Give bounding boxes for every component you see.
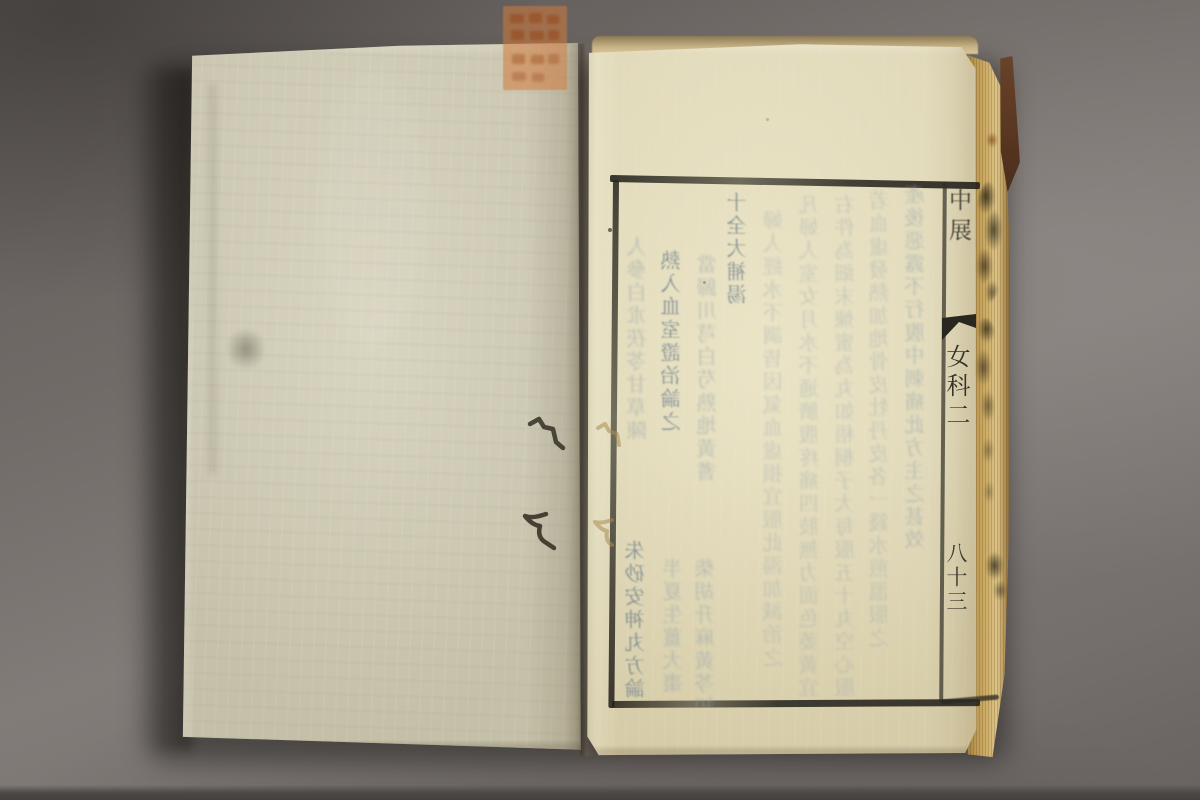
- paper-streak: [208, 84, 217, 474]
- ink-speck: [766, 118, 769, 121]
- seal-glyph-mark: [548, 30, 559, 40]
- fishtail-ornament: [942, 314, 976, 342]
- table-edge-band: [0, 785, 1200, 800]
- seal-glyph-mark: [530, 31, 544, 40]
- seal-glyph-mark: [529, 13, 542, 23]
- brown-spot: [986, 132, 998, 148]
- bleedthrough-column: 半夏生薑大棗: [664, 558, 684, 696]
- seal-glyph-mark: [512, 72, 526, 81]
- page-number: 八十三: [945, 542, 966, 614]
- margin-title: 中展: [946, 188, 969, 248]
- seal-glyph-mark: [510, 14, 524, 23]
- ink-smudge: [974, 182, 1004, 302]
- bleedthrough-column: 柴胡升麻黃芩知: [696, 558, 716, 708]
- ink-smudge: [970, 318, 1000, 428]
- bleedthrough-column: 當歸川芎白芍熟地黃耆: [698, 254, 718, 484]
- bleedthrough-column: 十全大補湯: [728, 192, 748, 307]
- book-photograph: 人參白朮茯苓甘草陳朱砂安神丸方論熱入血室證治論之半夏生薑大棗十全大補湯當歸川芎白…: [0, 0, 1200, 800]
- gutter-fold: [566, 44, 596, 756]
- bleedthrough-text: 人參白朮茯苓甘草陳朱砂安神丸方論熱入血室證治論之半夏生薑大棗十全大補湯當歸川芎白…: [612, 174, 942, 708]
- worm-damage-marks: [512, 402, 632, 577]
- bleedthrough-column: 產後惡露不行腹中刺痛此方主之甚效: [906, 184, 926, 552]
- seal-glyph-mark: [547, 15, 559, 24]
- seal-glyph-mark: [548, 54, 559, 64]
- ink-smudge: [978, 432, 998, 524]
- bleedthrough-column: 凡婦人室女月水不通臍腹疼痛四肢無力面色萎黃宜: [800, 194, 820, 700]
- bleedthrough-column: 若血虛發熱加地骨皮牡丹皮各一錢水煎溫服之: [870, 190, 890, 650]
- ink-speck: [703, 281, 706, 284]
- section-label: 女科二: [944, 344, 968, 431]
- ink-smudge: [982, 544, 1010, 606]
- bleedthrough-column: 婦人經水不調皆因氣血虛損宜服此湯加減治之: [764, 210, 784, 670]
- left-blank-page: [178, 40, 582, 754]
- seal-glyph-mark: [511, 30, 524, 40]
- ink-speck: [608, 228, 612, 232]
- seal-glyph-mark: [512, 54, 525, 64]
- seal-glyph-mark: [531, 55, 544, 64]
- ink-stain: [226, 328, 266, 370]
- paper-sheen: [318, 68, 428, 348]
- seal-glyph-mark: [532, 73, 544, 82]
- vermilion-collector-seal: [503, 6, 567, 90]
- bleedthrough-column: 右件為細末煉蜜為丸如梧桐子大每服五十丸空心服: [836, 194, 856, 700]
- bleedthrough-column: 熱入血室證治論之: [662, 250, 682, 434]
